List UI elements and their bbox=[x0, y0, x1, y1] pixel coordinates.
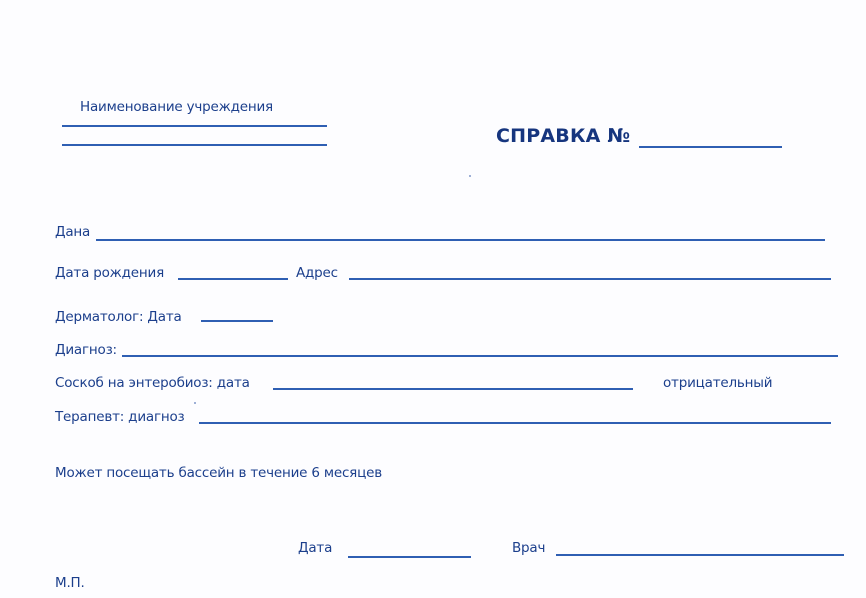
institution-label: Наименование учреждения bbox=[80, 99, 273, 115]
birth-date-line[interactable] bbox=[178, 278, 288, 280]
pool-permission-statement: Может посещать бассейн в течение 6 месяц… bbox=[55, 465, 382, 481]
certificate-number-line[interactable] bbox=[639, 146, 782, 148]
speck bbox=[469, 175, 471, 177]
enterobiasis-date-line[interactable] bbox=[273, 388, 633, 390]
therapist-diagnosis-line[interactable] bbox=[199, 422, 831, 424]
diagnosis-label: Диагноз: bbox=[55, 342, 117, 358]
enterobiasis-label: Соскоб на энтеробиоз: дата bbox=[55, 375, 250, 391]
dermatologist-date-label: Дерматолог: Дата bbox=[55, 309, 182, 325]
given-to-label: Дана bbox=[55, 224, 90, 240]
address-line[interactable] bbox=[349, 278, 831, 280]
document-title: СПРАВКА № bbox=[496, 125, 630, 147]
given-to-line[interactable] bbox=[96, 239, 825, 241]
doctor-label: Врач bbox=[512, 540, 545, 556]
enterobiasis-result: отрицательный bbox=[663, 375, 772, 391]
therapist-diagnosis-label: Терапевт: диагноз bbox=[55, 409, 185, 425]
footer-date-line[interactable] bbox=[348, 556, 471, 558]
institution-line-1[interactable] bbox=[62, 125, 327, 127]
dermatologist-date-line[interactable] bbox=[201, 320, 273, 322]
diagnosis-line[interactable] bbox=[122, 355, 838, 357]
birth-date-label: Дата рождения bbox=[55, 265, 164, 281]
doctor-signature-line[interactable] bbox=[556, 554, 844, 556]
footer-date-label: Дата bbox=[298, 540, 332, 556]
speck bbox=[194, 402, 196, 404]
address-label: Адрес bbox=[296, 265, 338, 281]
institution-line-2[interactable] bbox=[62, 144, 327, 146]
stamp-place-label: М.П. bbox=[55, 575, 85, 591]
